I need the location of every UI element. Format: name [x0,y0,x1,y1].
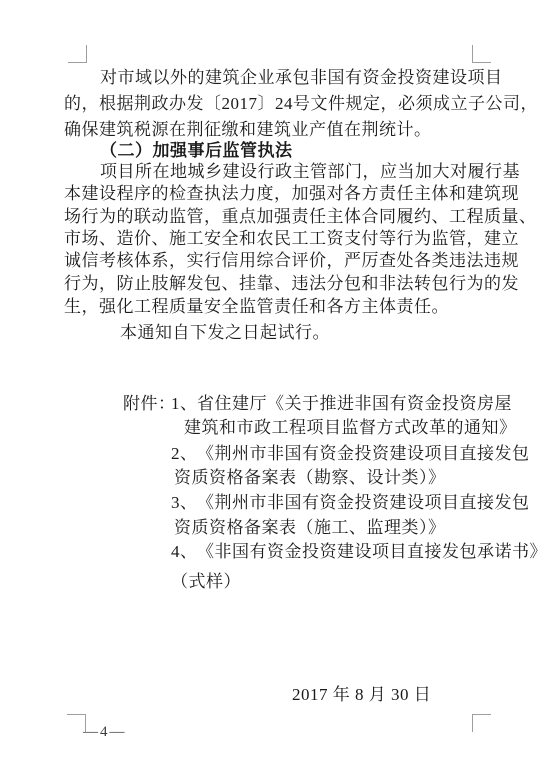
attachment-line: 3、《荆州市非国有资金投资建设项目直接发包 [171,492,530,514]
body-line: 诚信考核体系，实行信用综合评价，严厉查处各类违法违规 [64,250,519,272]
attachment-number: 4、 [171,541,197,563]
body-line: 生，强化工程质量安全监管责任和各方主体责任。 [64,296,449,318]
crop-mark-top-left [68,45,87,63]
attachment-number: 3、 [171,492,197,514]
attachment-line: 1、省住建厅《关于推进非国有资金投资房屋 [171,393,512,415]
body-line: 市场、造价、施工安全和农民工工资支付等行为监管，建立 [64,228,519,250]
body-line: 场行为的联动监管，重点加强责任主体合同履约、工程质量、 [64,206,537,228]
crop-mark-top-right [472,45,491,63]
body-line: 的，根据荆政办发〔2017〕24号文件规定，必须成立子公司， [64,93,538,115]
document-page: 对市域以外的建筑企业承包非国有资金投资建设项目 的，根据荆政办发〔2017〕24… [0,0,554,782]
attachment-title: 省住建厅《关于推进非国有资金投资房屋 [197,394,512,413]
attachment-number: 1、 [171,393,197,415]
attachments-label: 附件： [123,393,176,415]
attachment-line: 4、《非国有资金投资建设项目直接发包承诺书》 [171,541,547,563]
body-line: 本建设程序的检查执法力度，加强对各方责任主体和建筑现 [64,183,519,205]
attachment-number: 2、 [171,443,197,465]
body-line: 项目所在地城乡建设行政主管部门，应当加大对履行基 [64,161,520,183]
crop-mark-bottom-right [472,714,491,732]
body-line: 确保建筑税源在荆征缴和建筑业产值在荆统计。 [64,119,432,141]
issue-date: 2017 年 8 月 30 日 [292,684,431,706]
attachment-title: 《非国有资金投资建设项目直接发包承诺书》 [197,542,547,561]
attachment-line: 资质资格备案表（勘察、设计类）》 [171,467,446,489]
attachment-title: 《荆州市非国有资金投资建设项目直接发包 [197,493,530,512]
attachment-line: 2、《荆州市非国有资金投资建设项目直接发包 [171,443,530,465]
attachment-line: 建筑和市政工程项目监督方式改革的通知》 [171,417,517,439]
section-heading: （二）加强事后监管执法 [64,140,293,162]
attachment-title: 《荆州市非国有资金投资建设项目直接发包 [197,444,530,463]
closing-line: 本通知自下发之日起试行。 [64,322,330,344]
page-number: —4— [83,722,127,742]
attachment-line: （式样） [171,571,241,593]
body-line: 对市域以外的建筑企业承包非国有资金投资建设项目 [64,67,503,89]
body-line: 行为，防止肢解发包、挂靠、违法分包和非法转包行为的发 [64,273,519,295]
attachment-line: 资质资格备案表（施工、监理类）》 [171,517,446,539]
